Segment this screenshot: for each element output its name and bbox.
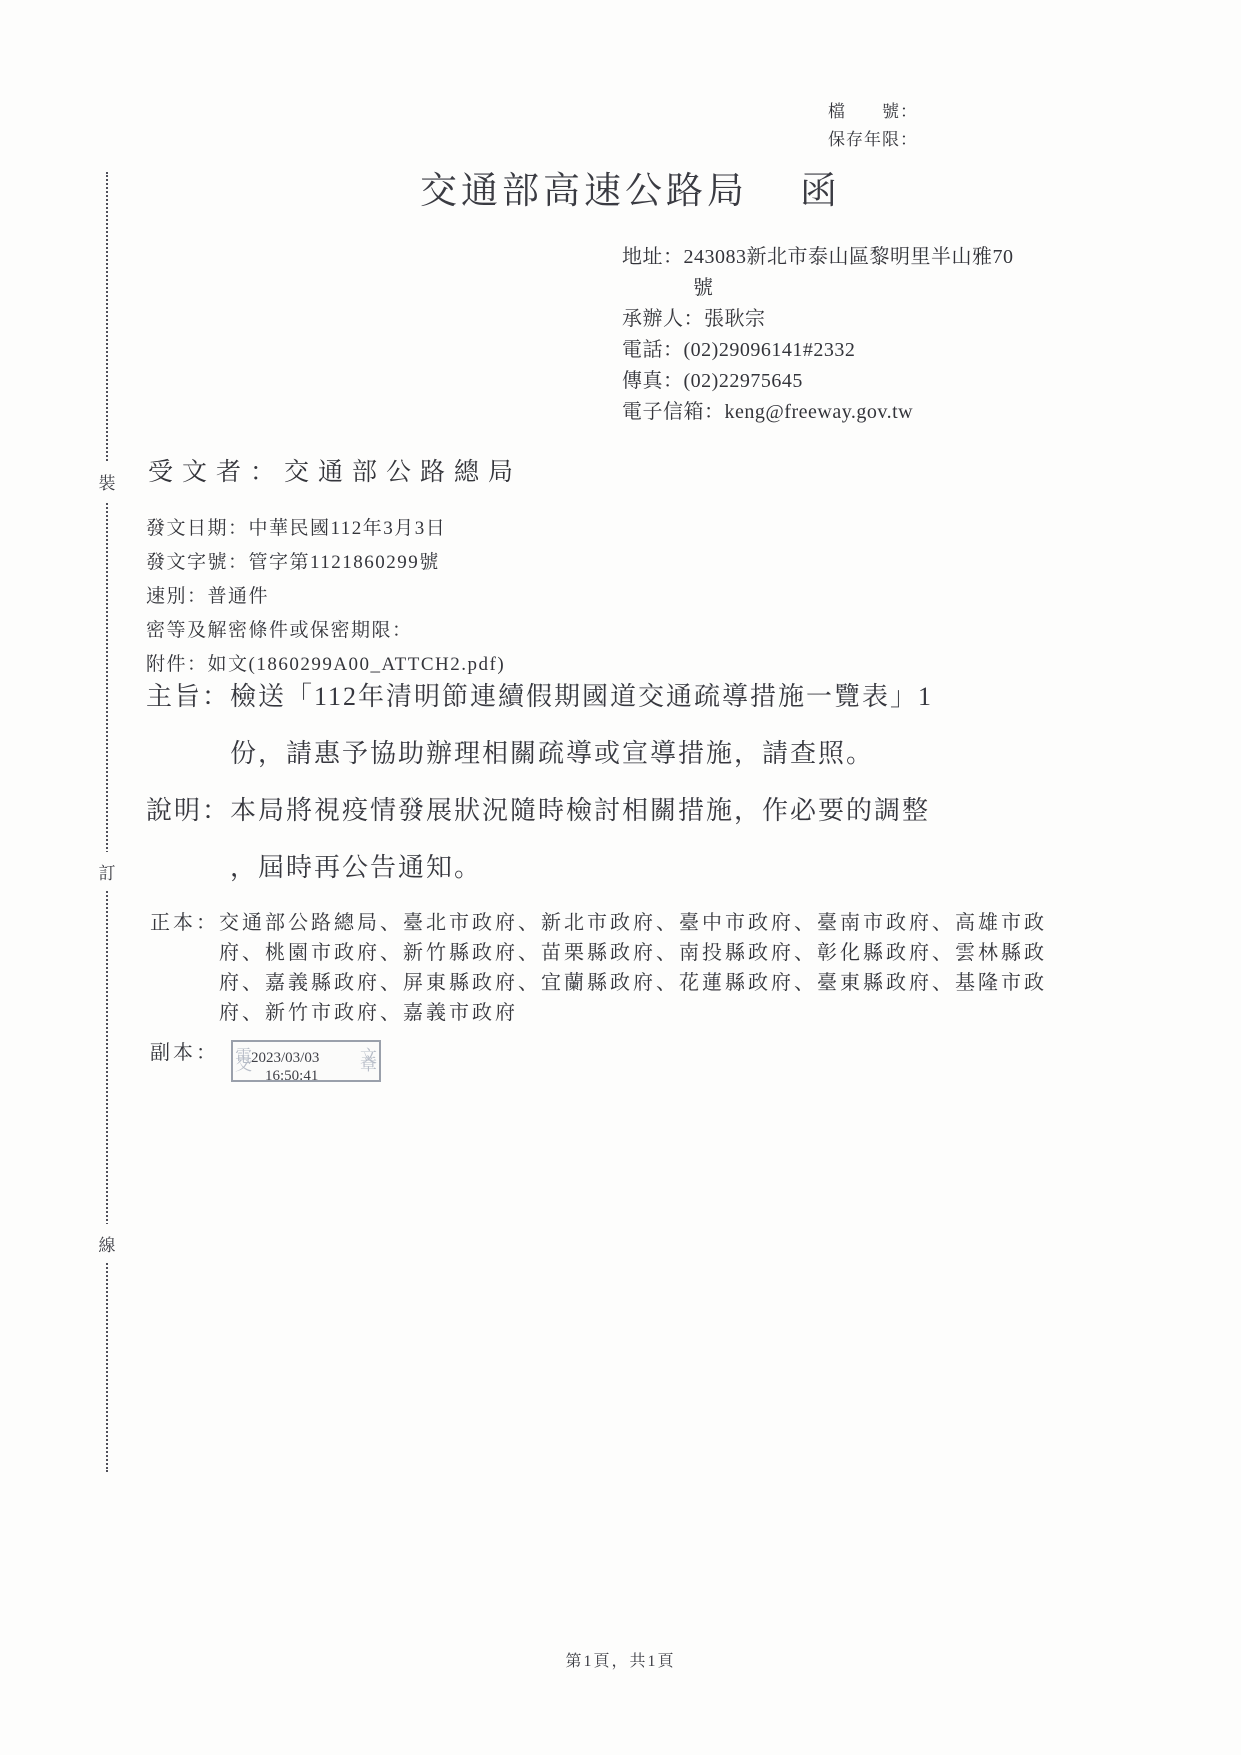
fax-label: 傳真： <box>622 370 684 392</box>
security-line: 密等及解密條件或保密期限： <box>146 614 505 648</box>
address-value: 243083新北市泰山區黎明里半山雅70 <box>684 246 1014 268</box>
binding-dotted-line <box>106 172 108 1472</box>
binding-mark-ding: 訂 <box>94 852 120 891</box>
document-type: 函 <box>800 160 841 214</box>
issue-date-line: 發文日期：中華民國112年3月3日 <box>146 512 505 546</box>
subject-text-line1: 檢送「112年清明節連續假期國道交通疏導措施一覽表」1 <box>230 668 933 725</box>
phone-label: 電話： <box>622 339 684 361</box>
binding-mark-zhuang: 裝 <box>94 462 120 501</box>
file-number-label: 檔 號： <box>828 98 918 126</box>
contact-value: 張耿宗 <box>704 308 766 330</box>
sender-phone-line: 電話：(02)29096141#2332 <box>622 335 1014 366</box>
explanation-text-line2: ，屆時再公告通知。 <box>230 839 930 896</box>
email-label: 電子信箱： <box>622 401 725 423</box>
retention-period-label: 保存年限： <box>828 126 918 154</box>
original-label: 正本： <box>150 908 219 1028</box>
original-recipients-list: 交通部公路總局、臺北市政府、新北市政府、臺中市政府、臺南市政府、高雄市政府、桃園… <box>219 908 1051 1028</box>
copy-recipients-section: 副本： 電 文 交 章 2023/03/03 16:50:41 <box>150 1038 381 1082</box>
sender-address-line2: 號 <box>622 273 1014 304</box>
sender-contact-line: 承辦人：張耿宗 <box>622 304 1014 335</box>
stamp-time: 16:50:41 <box>265 1061 318 1091</box>
sender-contact-block: 地址：243083新北市泰山區黎明里半山雅70 號 承辦人：張耿宗 電話：(02… <box>622 242 1014 428</box>
subject-text-line2: 份，請惠予協助辦理相關疏導或宣導措施，請查照。 <box>230 725 933 782</box>
address-label: 地址： <box>622 246 684 268</box>
stamp-seal-char: 章 <box>360 1050 377 1080</box>
explanation-label: 說明： <box>146 782 230 896</box>
email-value: keng@freeway.gov.tw <box>725 401 914 423</box>
official-letter-page: 裝 訂 線 檔 號： 保存年限： 交通部高速公路局 函 地址：243083新北市… <box>0 0 1241 1755</box>
priority-line: 速別：普通件 <box>146 580 505 614</box>
explanation-text-line1: 本局將視疫情發展狀況隨時檢討相關措施，作必要的調整 <box>230 782 930 839</box>
explanation-body: 本局將視疫情發展狀況隨時檢討相關措施，作必要的調整 ，屆時再公告通知。 <box>230 782 930 896</box>
page-number-footer: 第1頁，共1頁 <box>0 1648 1241 1671</box>
recipient-line: 受文者：交通部公路總局 <box>148 452 522 488</box>
sender-address-line1: 地址：243083新北市泰山區黎明里半山雅70 <box>622 242 1014 273</box>
subject-section: 主旨： 檢送「112年清明節連續假期國道交通疏導措施一覽表」1 份，請惠予協助辦… <box>146 668 933 782</box>
phone-value: (02)29096141#2332 <box>684 339 856 361</box>
electronic-exchange-stamp: 電 文 交 章 2023/03/03 16:50:41 <box>231 1040 381 1082</box>
document-meta-block: 發文日期：中華民國112年3月3日 發文字號：管字第1121860299號 速別… <box>146 512 505 682</box>
contact-label: 承辦人： <box>622 308 704 330</box>
copy-label: 副本： <box>150 1038 219 1068</box>
explanation-section: 說明： 本局將視疫情發展狀況隨時檢討相關措施，作必要的調整 ，屆時再公告通知。 <box>146 782 930 896</box>
sender-fax-line: 傳真：(02)22975645 <box>622 366 1014 397</box>
document-title: 交通部高速公路局 函 <box>420 160 841 214</box>
fax-value: (02)22975645 <box>684 370 803 392</box>
sender-email-line: 電子信箱：keng@freeway.gov.tw <box>622 397 1014 428</box>
issuing-agency-name: 交通部高速公路局 <box>420 160 748 214</box>
stamp-seal-char: 交 <box>235 1050 252 1080</box>
original-recipients-section: 正本： 交通部公路總局、臺北市政府、新北市政府、臺中市政府、臺南市政府、高雄市政… <box>150 908 1051 1028</box>
subject-label: 主旨： <box>146 668 230 782</box>
binding-mark-xian: 線 <box>94 1224 120 1263</box>
archive-label-block: 檔 號： 保存年限： <box>828 98 918 154</box>
subject-body: 檢送「112年清明節連續假期國道交通疏導措施一覽表」1 份，請惠予協助辦理相關疏… <box>230 668 933 782</box>
document-number-line: 發文字號：管字第1121860299號 <box>146 546 505 580</box>
